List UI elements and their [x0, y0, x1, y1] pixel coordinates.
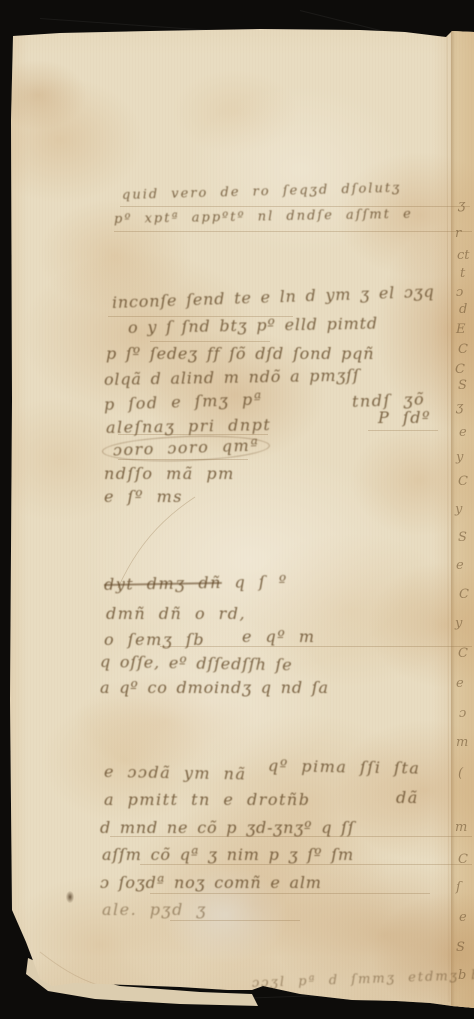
cut-off-letter-fragment: S: [458, 378, 467, 393]
handwritten-line: pº xptª appºtº nl dndſe aſſmt e: [114, 207, 413, 227]
handwritten-line: p ſod e ſmʒ pª: [104, 389, 263, 414]
manuscript-photograph: quid vero de ro ſeqʒd dſolutʒ pº xptª ap…: [0, 0, 474, 1019]
cut-off-letter-fragment: C: [455, 362, 465, 377]
handwritten-words: q ſ º: [234, 572, 288, 592]
cut-off-letter-fragment: ɔ: [456, 285, 463, 300]
cut-off-letter-fragment: y: [456, 450, 463, 465]
cut-off-letter-fragment: C: [458, 646, 468, 661]
handwritten-line: P ſdº: [378, 408, 431, 427]
handwritten-line: olqã d alind m ndõ a pmʒſſ: [104, 366, 360, 389]
handwritten-line: p ſº ſedeʒ ff ſõ dſd ſond pqñ: [106, 344, 374, 363]
cut-off-letter-fragment: y: [455, 502, 462, 517]
handwritten-line: e qº m: [242, 627, 316, 646]
cut-off-letter-fragment: S: [456, 940, 465, 955]
ink-ruling-line: [150, 893, 430, 894]
cut-off-letter-fragment: e: [459, 910, 467, 925]
handwritten-line: a qº co dmoindʒ q nd ſa: [100, 678, 329, 697]
cut-off-letter-fragment: C: [458, 474, 468, 489]
handwritten-line: o y ſ ſnd btʒ pº elld pimtd: [128, 314, 378, 337]
cut-off-letter-fragment: e: [456, 676, 464, 691]
handwritten-line: quid vero de ro ſeqʒd dſolutʒ: [122, 181, 402, 203]
ink-ruling-line: [120, 206, 470, 207]
handwritten-line: o ſemʒ ſb: [104, 630, 205, 649]
ink-ruling-line: [160, 646, 472, 647]
handwritten-line: aſſm cõ qª ʒ nim p ʒ ſº ſm: [102, 845, 354, 864]
cut-off-letter-fragment: e: [459, 425, 467, 440]
cut-off-letter-fragment: ʒ: [456, 400, 463, 415]
cut-off-letter-fragment: d: [459, 302, 467, 317]
ink-ruling-line: [140, 864, 472, 865]
handwritten-line: qº pima ſſi ſta: [268, 756, 421, 778]
cut-off-letter-fragment: r: [455, 226, 461, 241]
cut-off-letter-fragment: S: [458, 530, 467, 545]
ink-ruling-line: [114, 231, 472, 232]
cut-off-letter-fragment: e: [456, 558, 464, 573]
handwritten-line: ndſſo mã pm: [104, 464, 235, 483]
cut-off-letter-fragment: C: [458, 852, 468, 867]
cut-off-letter-fragment: ɔ: [459, 706, 466, 721]
struck-through-words: dyt dmʒ dñ: [104, 573, 222, 594]
paper-stains: [0, 0, 474, 1019]
manuscript-page: quid vero de ro ſeqʒd dſolutʒ pº xptª ap…: [0, 0, 474, 1019]
cut-off-letter-fragment: ſ: [456, 880, 461, 895]
ink-ruling-line: [368, 430, 438, 431]
cut-off-letter-fragment: t: [460, 266, 465, 281]
cut-off-letter-fragment: b: [458, 968, 466, 983]
handwritten-line: a pmitt tn e drotñb: [104, 790, 310, 809]
handwritten-line-bottom: ɔɔʒl pª d ſmmʒ etdmʒ bod: [252, 967, 474, 991]
handwritten-line: dã: [396, 788, 419, 807]
paper-creases: [0, 0, 474, 1019]
cut-off-letter-fragment: E: [456, 322, 466, 337]
cut-off-letter-fragment: ct: [457, 248, 470, 263]
handwritten-line: d mnd ne cõ p ʒd-ʒnʒº q ſſ: [100, 818, 355, 837]
handwritten-line: dyt dmʒ dñ q ſ º: [104, 572, 288, 594]
handwritten-line: e ſº ms: [104, 487, 183, 506]
cut-off-letter-fragment: C: [459, 587, 469, 602]
cut-off-letter-fragment: ʒ: [458, 198, 465, 213]
background-scratch: [40, 18, 220, 32]
handwritten-line: q oſſe, eº dſſedſſh ſe: [100, 652, 293, 674]
handwritten-line: dmñ dñ o rd,: [106, 604, 246, 623]
cut-off-letter-fragment: m: [455, 820, 467, 835]
ink-ruling-line: [150, 341, 270, 342]
handwritten-line: ale. pʒd ʒ: [102, 900, 207, 919]
ink-ruling-line: [170, 920, 300, 921]
handwritten-line: aleſnaʒ pri dnpt: [106, 415, 272, 437]
handwritten-line: ɔ ſoʒdª noʒ comñ e alm: [100, 873, 322, 892]
handwritten-line: inconſe ſend te e ln d ym ʒ el ɔʒq: [112, 282, 435, 312]
cut-off-letter-fragment: m: [456, 735, 468, 750]
cut-off-letter-fragment: (: [458, 766, 463, 781]
cut-off-letter-fragment: y: [455, 616, 462, 631]
handwritten-line: e ɔɔdã ym nã: [104, 762, 247, 783]
cut-off-letter-fragment: C: [458, 342, 468, 357]
